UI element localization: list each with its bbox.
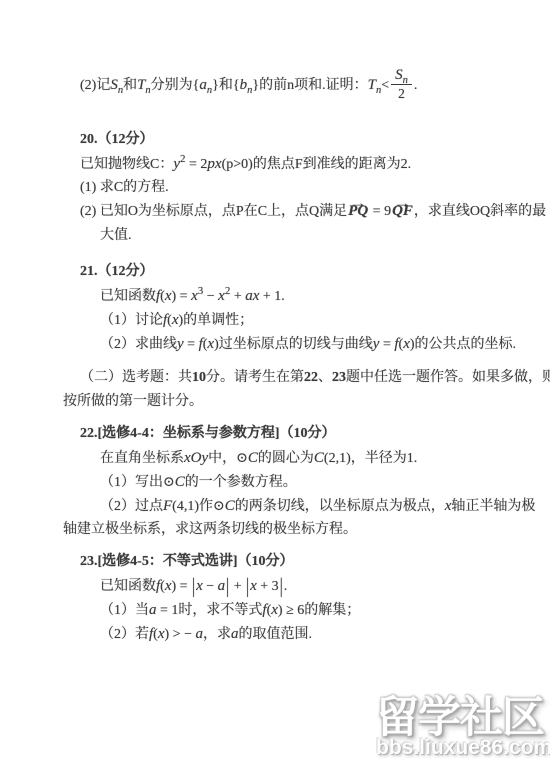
q19-part2-line: (2)记Sn和Tn分别为{an}和{bn}的前n项和.证明：Tn<Sn2. bbox=[0, 62, 550, 108]
text-run: （二）选考题：共 bbox=[80, 370, 192, 385]
text-run: (p>0)的焦点F到准线的距离为2. bbox=[222, 157, 412, 172]
text-run: < bbox=[381, 78, 389, 93]
fraction-numerator: Sn bbox=[391, 67, 412, 85]
text-run: （1）讨论 bbox=[100, 313, 163, 328]
text-run: 轴正半轴为极 bbox=[451, 499, 535, 514]
watermark: 留学社区 bbs.liuxue86.com bbox=[376, 694, 550, 759]
text-run: 22.[选修4-4：坐标系与参数方程]（10分） bbox=[80, 426, 336, 441]
section-two-note-cont: 按所做的第一题计分。 bbox=[0, 390, 550, 414]
q22-part1: （1）写出⊙C的一个参数方程。 bbox=[0, 470, 550, 494]
text-run: 的圆心为 bbox=[258, 451, 314, 466]
text-run: 题中任选一题作答。如果多做，则 bbox=[346, 370, 550, 385]
superscript: 3 bbox=[198, 285, 204, 297]
math-var: a bbox=[149, 602, 157, 618]
q20-header: 20.（12分） bbox=[0, 128, 550, 152]
fraction-denominator: 2 bbox=[391, 85, 412, 101]
text-run: . bbox=[414, 78, 418, 93]
text-run: + 1. bbox=[259, 289, 284, 304]
math-var: C bbox=[225, 498, 235, 514]
math-var: px bbox=[207, 156, 221, 172]
text-run: 的两条切线，以坐标原点为极点， bbox=[235, 499, 445, 514]
text-run-bold: 23 bbox=[332, 370, 346, 385]
text-run: ) ≥ 6的解集； bbox=[278, 603, 360, 618]
math-var: F bbox=[163, 498, 172, 514]
text-run-bold: 10 bbox=[192, 370, 206, 385]
math-var: x bbox=[172, 312, 179, 328]
section-two-note: （二）选考题：共10分。请考生在第22、23题中任选一题作答。如果多做，则 bbox=[0, 366, 550, 390]
text-run: = bbox=[379, 337, 394, 352]
text-run: (2) 已知O为坐标原点，点P在C上，点Q满足 bbox=[80, 204, 347, 219]
text-run: + bbox=[230, 289, 245, 304]
math-var: C bbox=[248, 450, 258, 466]
math-var: x bbox=[196, 578, 203, 594]
text-run: = bbox=[184, 337, 199, 352]
text-run: 的一个参数方程。 bbox=[185, 475, 297, 490]
text-run: = 2 bbox=[186, 157, 208, 172]
text-run: = 1时，求不等式 bbox=[157, 603, 263, 618]
text-run: − bbox=[203, 579, 218, 594]
subscript: n bbox=[376, 85, 381, 96]
subscript: n bbox=[247, 85, 252, 96]
math-var: y bbox=[173, 156, 180, 172]
text-run: + 3 bbox=[257, 579, 279, 594]
text-run: 的取值范围. bbox=[238, 627, 312, 642]
vector-arrow-icon: → bbox=[342, 197, 375, 209]
text-run: ) > − bbox=[165, 627, 196, 642]
text-run: 中，⊙ bbox=[208, 451, 248, 466]
text-run: (2)记 bbox=[80, 78, 110, 93]
text-run: 在直角坐标系 bbox=[100, 451, 184, 466]
subscript: n bbox=[403, 75, 408, 86]
q23-part2: （2）若f(x) > − a，求a的取值范围. bbox=[0, 622, 550, 646]
text-run: 分。请考生在第 bbox=[206, 370, 304, 385]
math-var: C bbox=[175, 474, 185, 490]
math-var: x bbox=[158, 626, 165, 642]
text-run: 大值. bbox=[100, 228, 132, 243]
math-var: x bbox=[403, 336, 410, 352]
q21-part1: （1）讨论f(x)的单调性； bbox=[0, 308, 550, 332]
subscript: n bbox=[118, 85, 123, 96]
watermark-logo: 留学社区 bbox=[376, 694, 550, 742]
math-var: x bbox=[250, 578, 257, 594]
text-run: (4,1)作⊙ bbox=[172, 499, 225, 514]
subscript: n bbox=[207, 85, 212, 96]
text-run: )的单调性； bbox=[179, 313, 254, 328]
math-var: S bbox=[110, 77, 118, 93]
text-run: （2）过点 bbox=[100, 499, 163, 514]
text-run: 20.（12分） bbox=[80, 132, 154, 147]
math-var: b bbox=[240, 77, 248, 93]
math-var: x bbox=[191, 288, 198, 304]
superscript: 2 bbox=[225, 285, 231, 297]
q20-stem: 已知抛物线C：y2 = 2px(p>0)的焦点F到准线的距离为2. bbox=[0, 152, 550, 176]
subscript: n bbox=[145, 85, 150, 96]
q23-header: 23.[选修4-5：不等式选讲]（10分） bbox=[0, 550, 550, 574]
text-run: ，求直线OQ斜率的最 bbox=[414, 204, 546, 219]
text-run: 已知函数 bbox=[100, 289, 156, 304]
exam-body: (2)记Sn和Tn分别为{an}和{bn}的前n项和.证明：Tn<Sn2.20.… bbox=[0, 0, 550, 646]
math-var: x bbox=[165, 288, 172, 304]
text-run: ) = bbox=[172, 579, 192, 594]
text-run: ) = bbox=[172, 289, 192, 304]
text-run: 分别为 bbox=[151, 78, 193, 93]
text-run: 、 bbox=[318, 370, 332, 385]
text-run: (2,1)，半径为1. bbox=[324, 451, 417, 466]
exam-page: (2)记Sn和Tn分别为{an}和{bn}的前n项和.证明：Tn<Sn2.20.… bbox=[0, 0, 550, 778]
math-var: x bbox=[271, 602, 278, 618]
math-var: y bbox=[177, 336, 184, 352]
q22-part2: （2）过点F(4,1)作⊙C的两条切线，以坐标原点为极点，x轴正半轴为极 bbox=[0, 494, 550, 518]
q22-header: 22.[选修4-4：坐标系与参数方程]（10分） bbox=[0, 422, 550, 446]
math-var: T bbox=[368, 77, 376, 93]
text-run: ，求 bbox=[203, 627, 231, 642]
text-run: + bbox=[230, 579, 245, 594]
text-run: 已知函数 bbox=[100, 579, 156, 594]
text-run: )过坐标原点的切线与曲线 bbox=[214, 337, 373, 352]
watermark-url: bbs.liuxue86.com bbox=[376, 737, 550, 759]
math-var: x bbox=[218, 288, 225, 304]
q23-stem: 已知函数f(x) = |x − a| + |x + 3|. bbox=[0, 574, 550, 598]
text-run-bold: 22 bbox=[304, 370, 318, 385]
text-run: }和{ bbox=[212, 78, 239, 93]
text-run: (1) 求C的方程. bbox=[80, 180, 169, 195]
math-var: a bbox=[199, 77, 207, 93]
q22-part2-cont: 轴建立极坐标系，求这两条切线的极坐标方程。 bbox=[0, 518, 550, 542]
text-run: 21.（12分） bbox=[80, 264, 154, 279]
q21-part2: （2）求曲线y = f(x)过坐标原点的切线与曲线y = f(x)的公共点的坐标… bbox=[0, 332, 550, 356]
math-var: a bbox=[195, 626, 203, 642]
q23-part1: （1）当a = 1时，求不等式f(x) ≥ 6的解集； bbox=[0, 598, 550, 622]
q21-stem: 已知函数f(x) = x3 − x2 + ax + 1. bbox=[0, 284, 550, 308]
math-var: a bbox=[218, 578, 226, 594]
text-run: （2）求曲线 bbox=[100, 337, 177, 352]
text-run: 轴建立极坐标系，求这两条切线的极坐标方程。 bbox=[63, 522, 357, 537]
vector-arrow-icon: → bbox=[385, 197, 419, 209]
text-run: }的前n项和.证明： bbox=[252, 78, 367, 93]
text-run: )的公共点的坐标. bbox=[410, 337, 516, 352]
math-var: ax bbox=[245, 288, 259, 304]
text-run: （1）写出⊙ bbox=[100, 475, 175, 490]
text-run: 2 bbox=[398, 86, 405, 101]
math-var: x bbox=[165, 578, 172, 594]
text-run: 23.[选修4-5：不等式选讲]（10分） bbox=[80, 554, 294, 569]
math-var: C bbox=[314, 450, 324, 466]
fraction: Sn2 bbox=[391, 67, 412, 101]
math-var: S bbox=[395, 67, 403, 83]
text-run: （1）当 bbox=[100, 603, 149, 618]
q20-part1: (1) 求C的方程. bbox=[0, 176, 550, 200]
text-run: . bbox=[284, 579, 288, 594]
math-var: xOy bbox=[184, 450, 208, 466]
text-run: （2）若 bbox=[100, 627, 149, 642]
q20-part2: (2) 已知O为坐标原点，点P在C上，点Q满足→PQ = 9→QF，求直线OQ斜… bbox=[0, 200, 550, 224]
text-run: 已知抛物线C： bbox=[80, 157, 173, 172]
text-run: − bbox=[203, 289, 218, 304]
q22-stem: 在直角坐标系xOy中，⊙C的圆心为C(2,1)，半径为1. bbox=[0, 446, 550, 470]
q20-part2-cont: 大值. bbox=[0, 224, 550, 248]
superscript: 2 bbox=[180, 153, 186, 165]
text-run: 按所做的第一题计分。 bbox=[63, 394, 203, 409]
q21-header: 21.（12分） bbox=[0, 260, 550, 284]
text-run: 和 bbox=[123, 78, 137, 93]
